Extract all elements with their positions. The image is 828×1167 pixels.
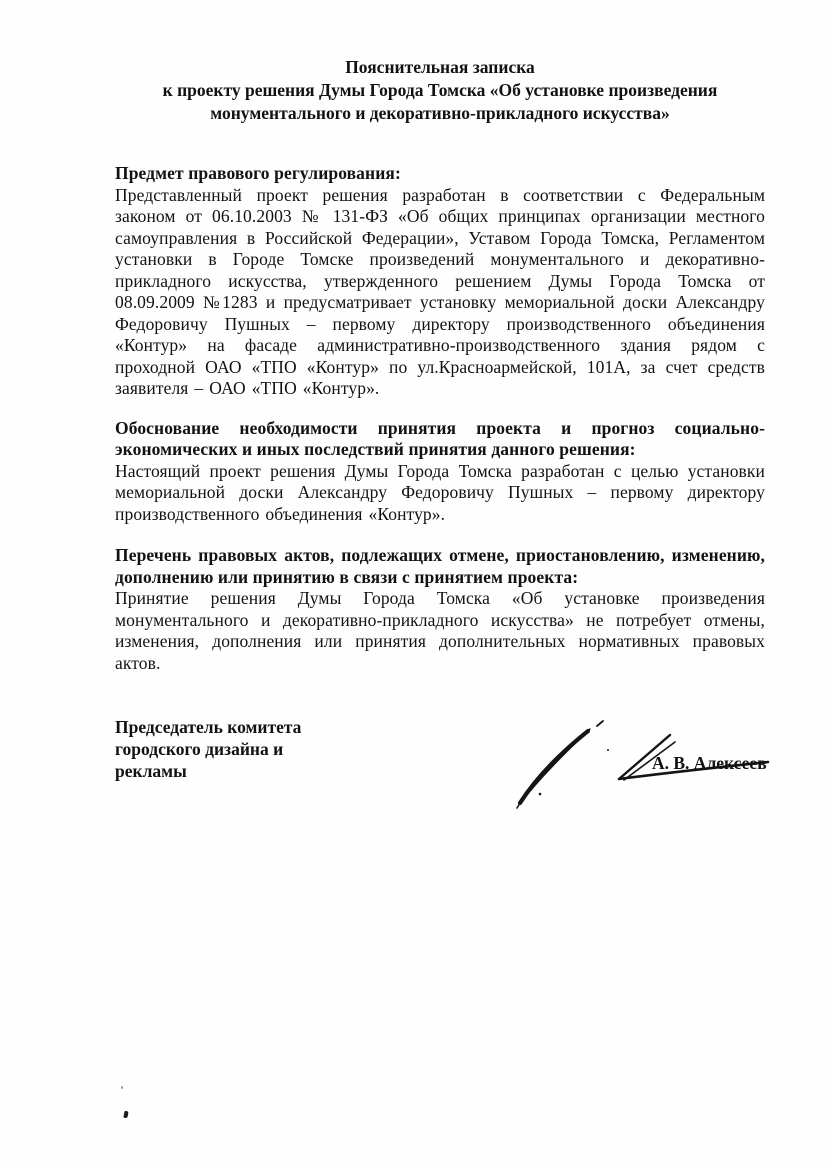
section-body: Настоящий проект решения Думы Города Том… xyxy=(115,461,765,526)
ink-speck xyxy=(123,1111,128,1119)
signature-block: Председатель комитета городского дизайна… xyxy=(115,716,765,816)
document-title: Пояснительная записка к проекту решения … xyxy=(115,56,765,125)
signer-position-line-2: городского дизайна и xyxy=(115,738,435,760)
signer-position-line-1: Председатель комитета xyxy=(115,716,435,738)
ink-speck xyxy=(121,1086,123,1089)
signature-and-name: А. В. Алексеев xyxy=(500,716,775,816)
signer-position-line-3: рекламы xyxy=(115,760,435,782)
section-subject: Предмет правового регулирования: Предста… xyxy=(115,163,765,400)
document-page: Пояснительная записка к проекту решения … xyxy=(0,0,828,1167)
section-justification: Обоснование необходимости принятия проек… xyxy=(115,418,765,526)
section-heading: Предмет правового регулирования: xyxy=(115,163,765,185)
section-body: Принятие решения Думы Города Томска «Об … xyxy=(115,588,765,674)
title-line-1: Пояснительная записка xyxy=(115,56,765,79)
section-heading: Перечень правовых актов, подлежащих отме… xyxy=(115,545,765,588)
section-heading: Обоснование необходимости принятия проек… xyxy=(115,418,765,461)
title-line-3: монументального и декоративно-прикладног… xyxy=(115,102,765,125)
signer-position: Председатель комитета городского дизайна… xyxy=(115,716,435,782)
signer-name: А. В. Алексеев xyxy=(652,752,767,774)
section-acts-list: Перечень правовых актов, подлежащих отме… xyxy=(115,545,765,674)
document-body: Пояснительная записка к проекту решения … xyxy=(0,0,828,816)
section-body: Представленный проект решения разработан… xyxy=(115,185,765,400)
title-line-2: к проекту решения Думы Города Томска «Об… xyxy=(115,79,765,102)
